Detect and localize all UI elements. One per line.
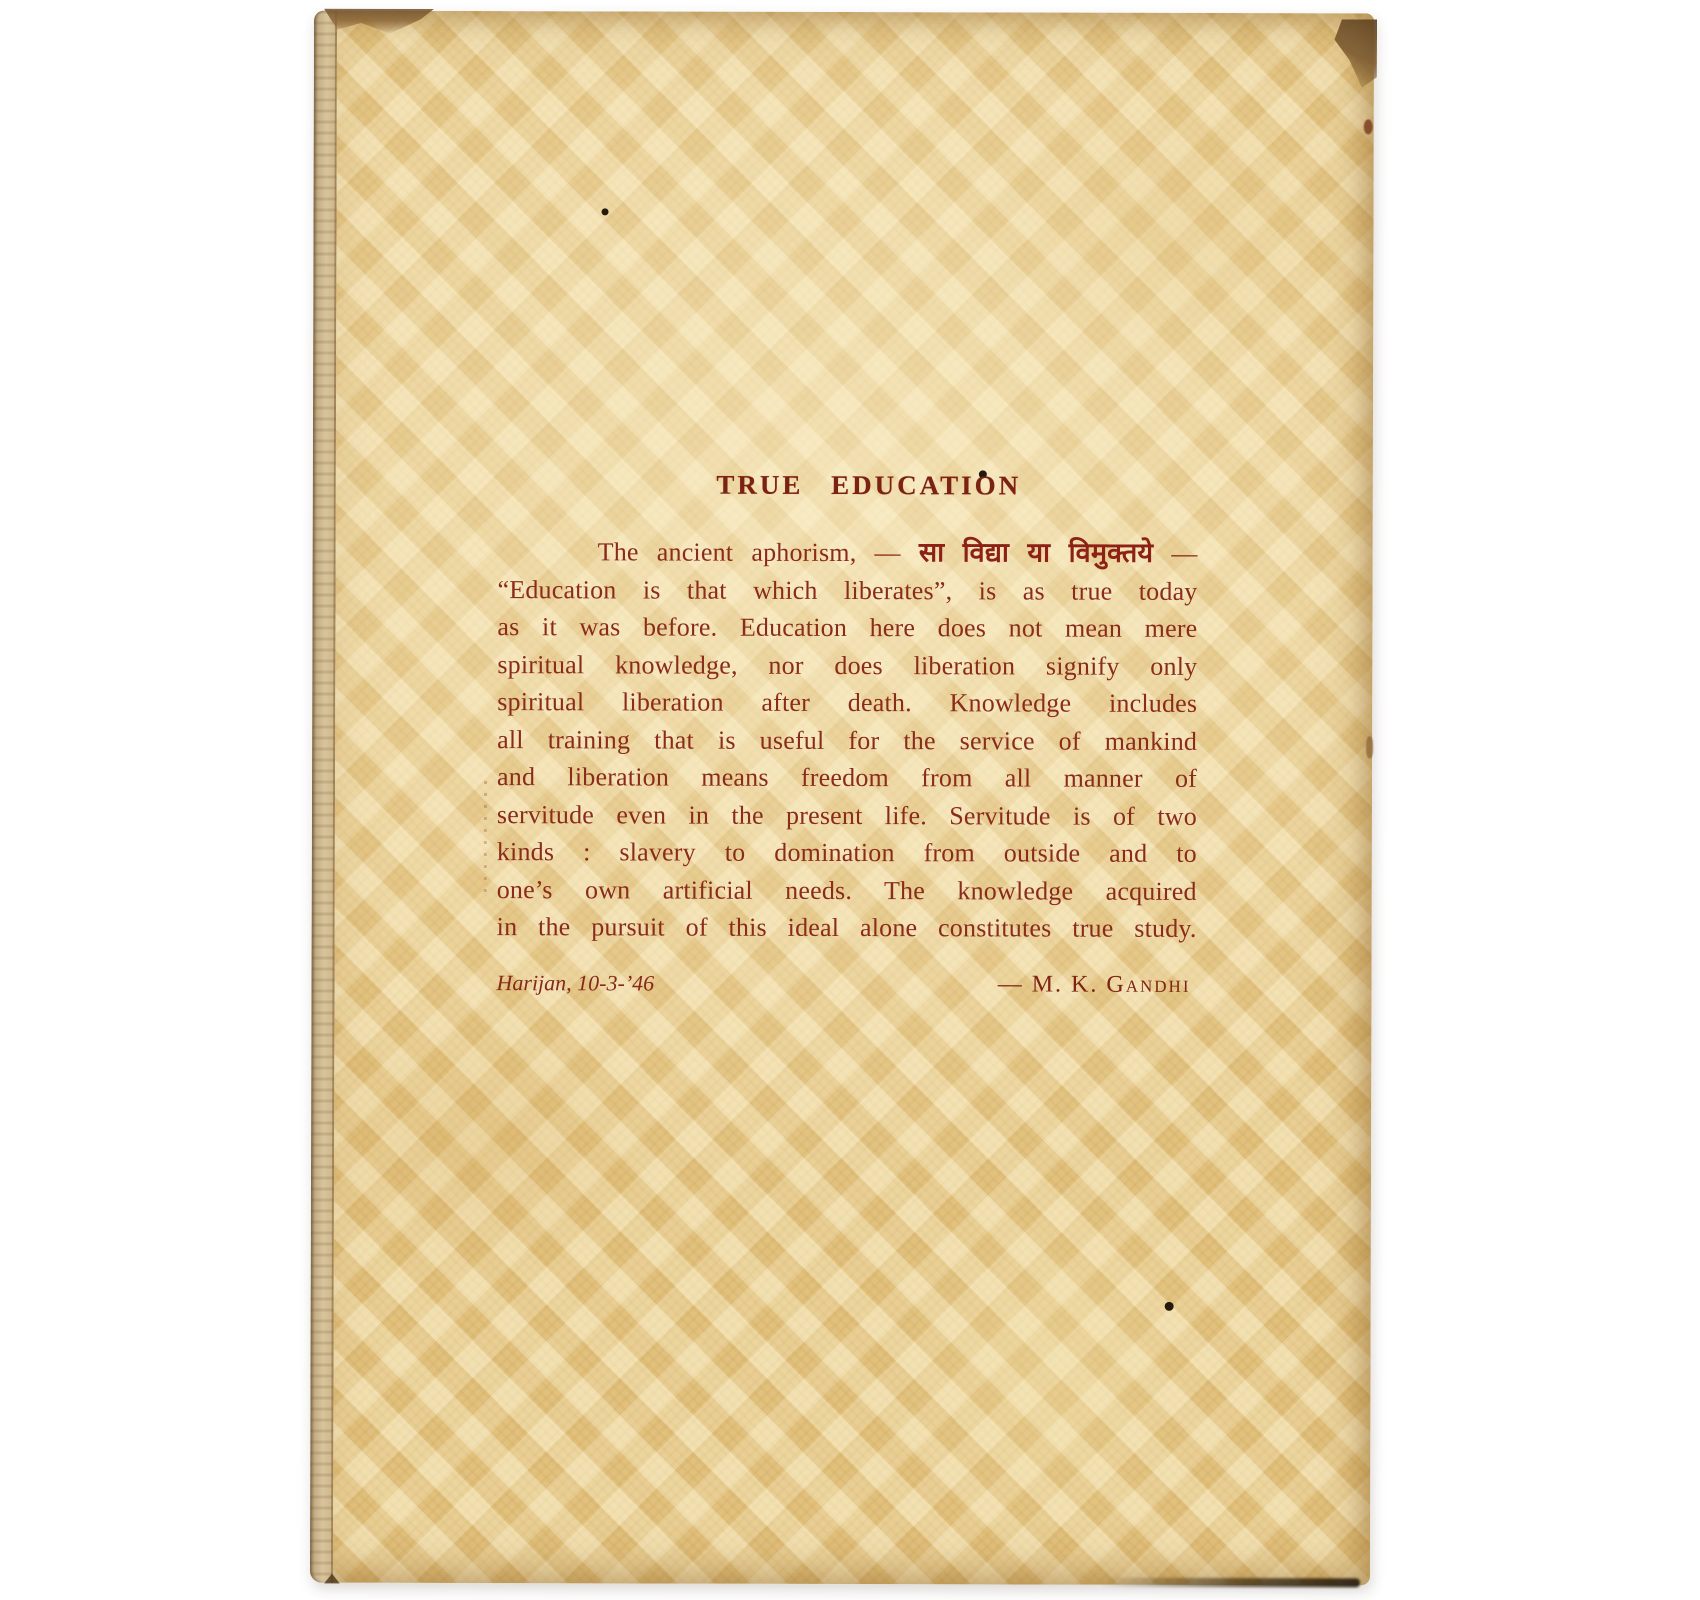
body-line: and liberation means freedom from all ma… xyxy=(497,758,1197,797)
body-line: spiritual knowledge, nor does liberation… xyxy=(497,646,1197,685)
body-line: in the pursuit of this ideal alone const… xyxy=(497,908,1197,947)
source-citation: Harijan, 10-3-’46 xyxy=(496,970,654,996)
spine-edge xyxy=(310,11,337,1583)
ink-speck xyxy=(1165,1302,1174,1311)
page-title: TRUE EDUCATION xyxy=(519,469,1219,501)
edge-stain xyxy=(1364,119,1373,134)
body-line: The ancient aphorism, — सा विद्या या विम… xyxy=(498,533,1198,572)
body-line: kinds : slavery to domination from outsi… xyxy=(497,833,1197,872)
sanskrit-aphorism: सा विद्या या विमुक्तये xyxy=(919,537,1154,568)
body-line: “Education is that which liberates”, is … xyxy=(497,571,1197,610)
body-line: as it was before. Education here does no… xyxy=(497,608,1197,647)
body-line: one’s own artificial needs. The knowledg… xyxy=(497,871,1197,910)
ink-speck xyxy=(602,208,609,215)
body-line: all training that is useful for the serv… xyxy=(497,721,1197,760)
body-paragraph: The ancient aphorism, — सा विद्या या विम… xyxy=(497,533,1198,947)
worn-corner-top-left xyxy=(324,9,434,35)
stitch-marks xyxy=(484,781,487,901)
body-line: servitude even in the present life. Serv… xyxy=(497,796,1197,835)
body-line: spiritual liberation after death. Knowle… xyxy=(497,683,1197,722)
author-signature: — M. K. Gandhi xyxy=(998,971,1191,999)
bottom-edge-shadow xyxy=(1100,1578,1360,1588)
book-back-cover: TRUE EDUCATION The ancient aphorism, — स… xyxy=(310,11,1374,1586)
book-photo: TRUE EDUCATION The ancient aphorism, — स… xyxy=(0,0,1700,1600)
printed-text-block: TRUE EDUCATION The ancient aphorism, — स… xyxy=(496,469,1197,998)
worn-corner-top-right xyxy=(1327,19,1377,87)
attribution-row: Harijan, 10-3-’46 — M. K. Gandhi xyxy=(496,970,1196,999)
edge-nick xyxy=(1366,736,1373,758)
